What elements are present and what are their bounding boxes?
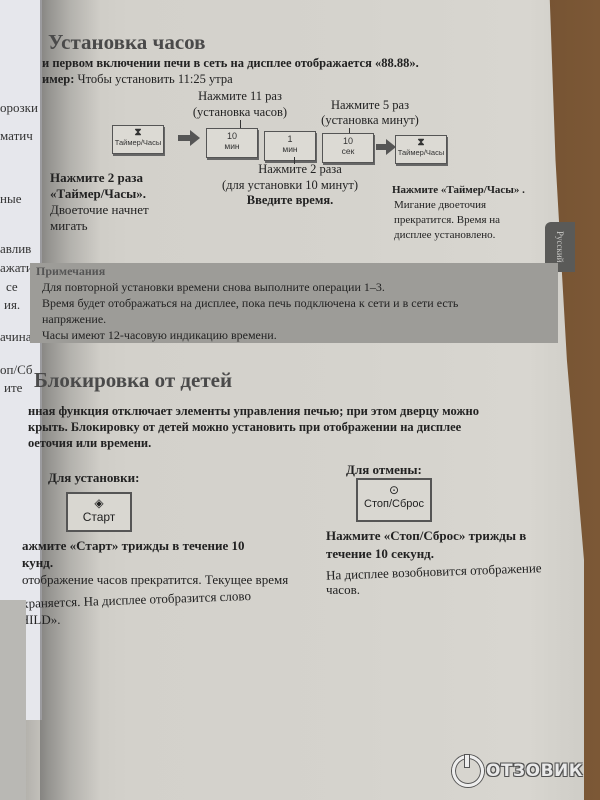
stop-icon: ⊙ [358, 482, 430, 498]
timer-clock-key[interactable]: ⧗ Таймер/Часы [395, 135, 447, 164]
hours-label-1: Нажмите 11 раз [180, 89, 300, 104]
start-icon: ◈ [68, 496, 130, 510]
left-page-fragment: орозки [0, 100, 38, 116]
key-unit: мин [224, 141, 239, 151]
note-item: Время будет отображаться на дисплее, пок… [42, 296, 458, 311]
watermark: ОТЗОВИК [452, 755, 583, 787]
left-page-fragment: ия. [4, 297, 20, 313]
step1-text: мигать [50, 218, 88, 234]
left-page-fragment: авлив [0, 241, 31, 257]
watermark-text: ОТЗОВИК [486, 761, 583, 781]
start-button[interactable]: ◈ Старт [66, 492, 132, 532]
key-label: Таймер/Часы [115, 138, 162, 147]
key-value: 10 [323, 136, 373, 146]
stop-reset-button[interactable]: ⊙ Стоп/Сброс [356, 478, 432, 522]
timer-clock-key[interactable]: ⧗ Таймер/Часы [112, 125, 164, 154]
ten-min-label-1: Нажмите 2 раза [230, 162, 370, 177]
section-title-child-lock: Блокировка от детей [34, 368, 232, 393]
start-label: Старт [68, 510, 130, 524]
left-page-fragment: ите [4, 380, 22, 396]
left-page-fragment: матич [0, 128, 33, 144]
left-page-lower [0, 600, 26, 800]
cancel-instruction: Нажмите «Стоп/Сброс» трижды в [326, 528, 526, 544]
set-result: отображение часов прекратится. Текущее в… [22, 572, 288, 588]
key-unit: сек [342, 146, 355, 156]
set-instruction: кунд. [22, 555, 53, 571]
step3-text: прекратится. Время на [394, 214, 500, 226]
otzovik-logo-icon [452, 755, 484, 787]
key-value: 1 [265, 134, 315, 144]
cancel-heading: Для отмены: [346, 462, 422, 478]
hourglass-icon: ⧗ [113, 128, 163, 138]
note-item: напряжение. [42, 312, 106, 327]
step3-bold: Нажмите «Таймер/Часы» . [392, 184, 525, 196]
left-page-fragment: се [6, 279, 18, 295]
child-lock-intro: оеточия или времени. [28, 436, 151, 451]
example-label: имер: [42, 72, 74, 86]
left-page-fragment: ные [0, 191, 21, 207]
left-page-fragment: оп/Сб [0, 362, 33, 378]
set-heading: Для установки: [48, 470, 139, 486]
one-min-key[interactable]: 1 мин [264, 131, 316, 161]
hourglass-icon: ⧗ [396, 138, 446, 148]
stop-reset-label: Стоп/Сброс [358, 498, 430, 510]
ten-min-label-2: (для установки 10 минут) [205, 178, 375, 193]
cancel-instruction: течение 10 секунд. [326, 546, 434, 562]
step1-bold: «Таймер/Часы». [50, 186, 146, 202]
step1-bold: Нажмите 2 раза [50, 170, 143, 186]
set-instruction: ажмите «Старт» трижды в течение 10 [22, 538, 245, 554]
left-page-fragment: ачина [0, 329, 31, 345]
ten-min-key[interactable]: 10 мин [206, 128, 258, 158]
minutes-label-1: Нажмите 5 раз [310, 98, 430, 113]
minutes-label-2: (установка минут) [305, 113, 435, 128]
clock-intro-line: и первом включении печи в сеть на диспле… [42, 56, 419, 71]
key-label: Таймер/Часы [398, 148, 445, 157]
left-page-fragment: ажати [0, 260, 33, 276]
hours-label-2: (установка часов) [175, 105, 305, 120]
section-title-clock: Установка часов [48, 30, 205, 55]
step3-text: Мигание двоеточия [394, 199, 486, 211]
child-lock-intro: крыть. Блокировку от детей можно установ… [28, 420, 461, 435]
notes-title: Примечания [36, 264, 105, 279]
key-value: 10 [207, 131, 257, 141]
step3-text: дисплее установлено. [394, 229, 495, 241]
key-unit: мин [282, 144, 297, 154]
page-fold-shadow [40, 0, 100, 800]
note-item: Часы имеют 12-часовую индикацию времени. [42, 328, 277, 343]
ten-sec-key[interactable]: 10 сек [322, 133, 374, 163]
clock-example-line: имер: Чтобы установить 11:25 утра [42, 72, 233, 87]
note-item: Для повторной установки времени снова вы… [42, 280, 385, 295]
enter-time-label: Введите время. [220, 193, 360, 208]
cancel-result: часов. [326, 582, 360, 598]
leader-line [240, 120, 241, 128]
example-text: Чтобы установить 11:25 утра [74, 72, 232, 86]
child-lock-intro: нная функция отключает элементы управлен… [28, 404, 479, 419]
step1-text: Двоеточие начнет [50, 202, 149, 218]
